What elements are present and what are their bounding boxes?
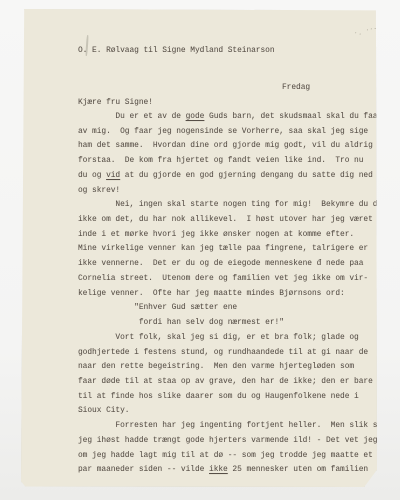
letter-line: "Enhver Gud sætter ene	[78, 301, 387, 316]
letter-line: fordi han selv dog nærmest er!"	[78, 316, 387, 331]
letter-line: naar den rette begeistring. Men den varm…	[78, 360, 387, 375]
letter-line: du og vid at du gjorde en god gjerning d…	[78, 169, 387, 184]
letter-line: Nei, ingen skal starte nogen ting for mi…	[78, 198, 387, 213]
letter-line: Cornelia street. Utenom dere og familien…	[78, 272, 387, 287]
letter-line: ham det samme. Hvordan dine ord gjorde m…	[78, 139, 387, 154]
letter-line: Vort folk, skal jeg si dig, er et bra fo…	[78, 331, 387, 346]
letter-line: forstaa. De kom fra hjertet og fandt vei…	[78, 154, 387, 169]
letter-line: godhjertede i festens stund, og rundhaan…	[78, 346, 387, 361]
letter-line: ikke om det, du har nok allikevel. I høs…	[78, 213, 387, 228]
letter-paper: ·. ··-'' O. E. Rølvaag til Signe Mydland…	[21, 9, 377, 487]
salutation: Kjære fru Signe!	[78, 99, 153, 107]
letter-line: Mine virkelige venner kan jeg tælle paa …	[78, 242, 387, 257]
letter-line: kelige venner. Ofte har jeg maatte minde…	[78, 287, 387, 302]
letter-line: par maaneder siden -- vilde ikke 25 menn…	[78, 463, 387, 478]
letter-line: av mig. Og faar jeg nogensinde se Vorher…	[78, 125, 387, 140]
letter-line: Forresten har jeg ingenting fortjent hel…	[78, 419, 387, 434]
letter-line: om jeg hadde lagt mig til at dø -- som j…	[78, 449, 387, 464]
letter-line: og skrev!	[78, 184, 387, 199]
scanned-letter-page: ·. ··-'' O. E. Rølvaag til Signe Mydland…	[0, 0, 400, 500]
letter-line: ikke vennerne. Det er du og de eiegode m…	[78, 257, 387, 272]
pencil-annotation: ·. ··-''	[353, 21, 386, 37]
archive-caption: O. E. Rølvaag til Signe Mydland Steinars…	[78, 47, 275, 55]
letter-line: Du er et av de gode Guds barn, det skuds…	[78, 110, 387, 125]
letter-line: jeg ihøst hadde trængt gode hjerters var…	[78, 434, 387, 449]
letter-line: faar døde til at staa op av grave, den h…	[78, 375, 387, 390]
dateline: Fredag	[282, 84, 310, 92]
letter-line: Sioux City.	[78, 404, 387, 419]
letter-body: Du er et av de gode Guds barn, det skuds…	[78, 110, 387, 478]
letter-line: inde i et mørke hvori jeg ikke ønsker no…	[78, 228, 387, 243]
letter-line: til at finde hos slike daarer som du og …	[78, 390, 387, 405]
